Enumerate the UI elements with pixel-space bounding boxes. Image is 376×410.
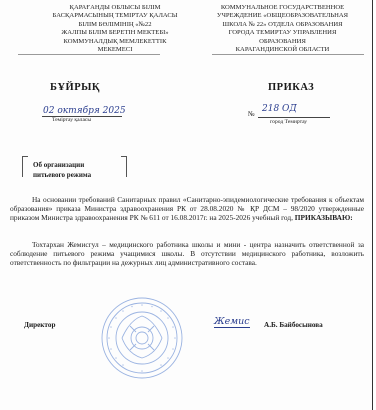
body-paragraph-2: Тохтархан Жемисгул – медицинского работн… [10, 240, 364, 268]
order-keyword: ПРИКАЗЫВАЮ: [295, 213, 353, 222]
header-line: БІЛІМ БӨЛІМІНІҢ «№22 [40, 21, 190, 29]
bracket-right [121, 156, 127, 177]
subject-block: Об организации питьевого режима [22, 156, 127, 184]
header-line: ГОРОДА ТЕМИРТАУ УПРАВЛЕНИЯ [195, 29, 370, 37]
header-kazakh: ҚАРАҒАНДЫ ОБЛЫСЫ БІЛІМ БАСҚАРМАСЫНЫҢ ТЕМ… [40, 4, 190, 54]
signature-stroke [214, 327, 250, 328]
document-page: ҚАРАҒАНДЫ ОБЛЫСЫ БІЛІМ БАСҚАРМАСЫНЫҢ ТЕМ… [0, 0, 373, 410]
city-kazakh: Теміртау қаласы [52, 117, 91, 123]
header-divider-left [18, 54, 160, 55]
title-kazakh: БҰЙРЫҚ [50, 82, 100, 93]
subject-text: Об организации питьевого режима [33, 160, 91, 180]
city-russian: город Темиртау [270, 119, 307, 125]
header-line: ОБРАЗОВАНИЯ [195, 38, 370, 46]
subject-line: питьевого режима [33, 170, 91, 180]
body-text: Тохтархан Жемисгул – медицинского работн… [10, 240, 364, 268]
handwritten-number: 218 ОД [262, 104, 297, 114]
header-line: ШКОЛА № 22» ОТДЕЛА ОБРАЗОВАНИЯ [195, 21, 370, 29]
handwritten-date: 02 октября 2025 [43, 106, 126, 116]
subject-line: Об организации [33, 160, 91, 170]
header-divider-right [212, 54, 364, 55]
handwritten-signature: Жемис [214, 316, 250, 327]
number-prefix: № [248, 110, 255, 118]
signatory-name: А.Б. Байбосынова [264, 321, 323, 329]
signature-position: Директор [24, 321, 55, 329]
header-line: УЧРЕЖДЕНИЕ «ОБЩЕОБРАЗОВАТЕЛЬНАЯ [195, 12, 370, 20]
body-paragraph-1: На основании требований Санитарных прави… [10, 195, 364, 223]
header-russian: КОММУНАЛЬНОЕ ГОСУДАРСТВЕННОЕ УЧРЕЖДЕНИЕ … [195, 4, 370, 54]
header-line: ЖАЛПЫ БІЛІМ БЕРЕТІН МЕКТЕБІ» [40, 29, 190, 37]
number-underline [258, 117, 330, 118]
header-line: КОММУНАЛЬНОЕ ГОСУДАРСТВЕННОЕ [195, 4, 370, 12]
state-emblem-stamp-icon [100, 296, 184, 380]
header-line: КОММУНАЛДЫҚ МЕМЛЕКЕТТІК [40, 38, 190, 46]
title-russian: ПРИКАЗ [268, 82, 314, 93]
header-line: ҚАРАҒАНДЫ ОБЛЫСЫ БІЛІМ [40, 4, 190, 12]
bracket-left [22, 156, 28, 177]
header-line: БАСҚАРМАСЫНЫҢ ТЕМІРТАУ ҚАЛАСЫ [40, 12, 190, 20]
